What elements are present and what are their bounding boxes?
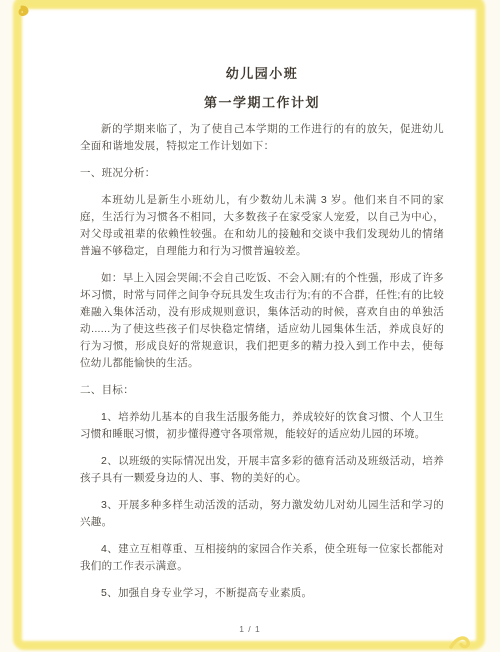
paragraph: 2、以班级的实际情况出发，开展丰富多彩的德育活动及班级活动，培养孩子具有一颗爱身… xyxy=(80,453,444,487)
corner-spiral-icon xyxy=(11,2,33,24)
page-subtitle: 第一学期工作计划 xyxy=(80,95,444,111)
paragraph: 本班幼儿是新生小班幼儿，有少数幼儿未满 3 岁。他们来自不同的家庭，生活行为习惯… xyxy=(80,192,444,260)
page-title: 幼儿园小班 xyxy=(80,66,444,82)
paragraph: 如：早上入园会哭闹;不会自己吃饭、不会入厕;有的个性强，形成了许多坏习惯，时常与… xyxy=(80,270,444,372)
paragraph: 3、开展多种多样生动活泼的活动，努力激发幼儿对幼儿园生活和学习的兴趣。 xyxy=(80,497,444,531)
document-body: 幼儿园小班 第一学期工作计划 新的学期来临了，为了使自己本学期的工作进行的有的放… xyxy=(80,66,444,602)
paragraph: 4、建立互相尊重、互相接纳的家园合作关系，使全班每一位家长都能对我们的工作表示满… xyxy=(80,541,444,575)
paragraph: 1、培养幼儿基本的自我生活服务能力，养成较好的饮食习惯、个人卫生习惯和睡眠习惯，… xyxy=(80,409,444,443)
paragraph: 5、加强自身专业学习，不断提高专业素质。 xyxy=(80,585,444,602)
section-heading-1: 一、班况分析： xyxy=(80,165,444,182)
page-number: 1 / 1 xyxy=(0,624,500,634)
section-heading-2: 二、目标： xyxy=(80,382,444,399)
corner-curl-icon xyxy=(449,633,485,651)
intro-paragraph: 新的学期来临了，为了使自己本学期的工作进行的有的放矢，促进幼儿全面和谐地发展，特… xyxy=(80,121,444,155)
